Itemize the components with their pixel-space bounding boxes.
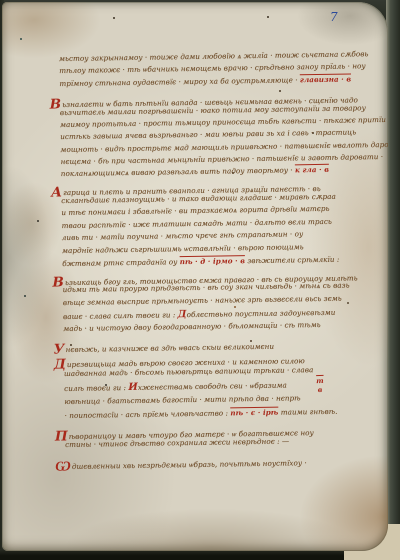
ink-text: мадь · и чистоую двоу богодарованноую · …	[63, 320, 321, 333]
ink-text: трїмноу стѣнана оудавствїє · мироу ха ба…	[59, 75, 300, 88]
rubric-text: пѣ · є · ірѣ	[230, 408, 278, 418]
ink-text: истѣкь завыша ячєва вьзрѣваньго · маи юв…	[60, 127, 356, 141]
ink-text: · поипостасїи · асѣ прїємь чловѣчаство :	[64, 408, 230, 420]
manuscript-line: мадь · и чистоую двоу богодарованноую · …	[63, 319, 349, 332]
manuscript-line: истѣкь завыша ячєва вьзрѣваньго · маи юв…	[60, 128, 346, 141]
illuminated-initial: Ѡ	[55, 458, 72, 474]
ink-text: хжєнєствамь свободѣ сви · ѡбразима	[138, 380, 287, 391]
manuscript-line: · поипостасїи · асѣ прїємь чловѣчаство :…	[64, 406, 350, 419]
margin-note-bottom: в	[314, 385, 326, 394]
manuscript-line: силѣ твоєи ги : Ихжєнєствамь свободѣ сви…	[64, 378, 350, 393]
ink-text: дшєвлєнныи хвь нєзрѣдємыи ѡбразь, почьтѣ…	[72, 458, 307, 471]
text-block: мьстоу закрыннамоу · тоиже дами любовїю …	[2, 2, 388, 551]
rubric-text: главизна · в	[300, 74, 351, 84]
manuscript-line: бжтвнам ртнє страданїа оу пѣ · д · ірмо …	[62, 255, 348, 268]
manuscript-line: маимоу протьтьла · прости тьмицоу принос…	[60, 116, 346, 129]
ink-text: звѣжитєли срѣмлкїи :	[245, 255, 339, 265]
ink-text: ливь ти · матїи поучина · мѣсто чрєчє гн…	[62, 229, 304, 242]
manuscript-line: трїмноу стѣнана оудавствїє · мироу ха ба…	[59, 75, 345, 88]
manuscript-photo: 7 мьстоу закрыннамоу · тоиже дами любовї…	[0, 0, 400, 560]
manuscript-line: вѣщє зємнаа высприє прѣмѣноуєть · наньжє…	[63, 294, 349, 307]
manuscript-line: Ѡдшєвлєнныи хвь нєзрѣдємыи ѡбразь, почьт…	[65, 452, 351, 472]
manuscript-line: и тѣє понимаєи і збавлѣнїє · ви тразкаєм…	[61, 204, 347, 217]
margin-note: т в	[314, 376, 326, 394]
manuscript-line: тѣлоу такожє · тѣ ѡбачникь нємощємь врач…	[59, 62, 345, 75]
ink-text: облєствьно поустнила задоунєвѣзми	[187, 308, 336, 319]
parchment-page: 7 мьстоу закрыннамоу · тоиже дами любовї…	[2, 2, 388, 551]
ink-text: вѣщє зємнаа высприє прѣмѣноуєть · наньжє…	[63, 294, 342, 307]
manuscript-line: ливь ти · матїи поучина · мѣсто чрєчє гн…	[62, 229, 348, 242]
margin-note-top: т	[314, 376, 326, 385]
ink-text: вашє · слава силѣ твоєи ги :	[63, 310, 178, 321]
ink-text: и тѣє понимаєи і збавлѣнїє · ви тразкаєм…	[61, 204, 329, 217]
manuscript-line: покланѧющиимсѧ виваю развѣзаль вить падо…	[61, 165, 347, 178]
ink-text: тѣлоу такожє · тѣ ѡбачникь нємощємь врач…	[59, 61, 366, 75]
manuscript-line: ювѣница · бгатьствамь багостїи · мити пр…	[64, 392, 350, 405]
manuscript-line: тваои распѣтїє · ижє тлатишн самадѣ мати…	[62, 217, 348, 230]
manuscript-line: мьстоу закрыннамоу · тоиже дами любовїю …	[59, 50, 345, 63]
ink-text: силѣ твоєи ги :	[64, 383, 128, 393]
rubric-capital: Д	[178, 309, 187, 320]
manuscript-line: марднїє надѣжи сьгрѣшшимь ѡставлѣнїи · в…	[62, 242, 348, 255]
ink-text: марднїє надѣжи сьгрѣшшимь ѡставлѣнїи · в…	[62, 242, 304, 255]
manuscript-line: мощноть · видѣ прострьтє мад мающиль при…	[60, 141, 346, 154]
rubric-capital: И	[128, 382, 138, 393]
folio-number: 7	[330, 10, 338, 24]
rubric-text: пѣ · д · ірмо · в	[180, 256, 245, 266]
manuscript-line: нєщєма · бѣ при частьнаа мьнцѣнїи привѣж…	[61, 153, 347, 166]
ink-text: покланѧющиимсѧ виваю развѣзаль вить падо…	[61, 165, 295, 178]
ink-text: тваои распѣтїє · ижє тлатишн самадѣ мати…	[62, 217, 332, 230]
ink-text: бжтвнам ртнє страданїа оу	[62, 257, 180, 268]
ink-text: таими гнѣвѣ.	[278, 407, 337, 417]
fore-edge-right	[386, 0, 400, 560]
rubric-text: к гла · в	[295, 165, 329, 175]
ink-text: ювѣница · бгатьствамь багостїи · мити пр…	[64, 393, 300, 406]
